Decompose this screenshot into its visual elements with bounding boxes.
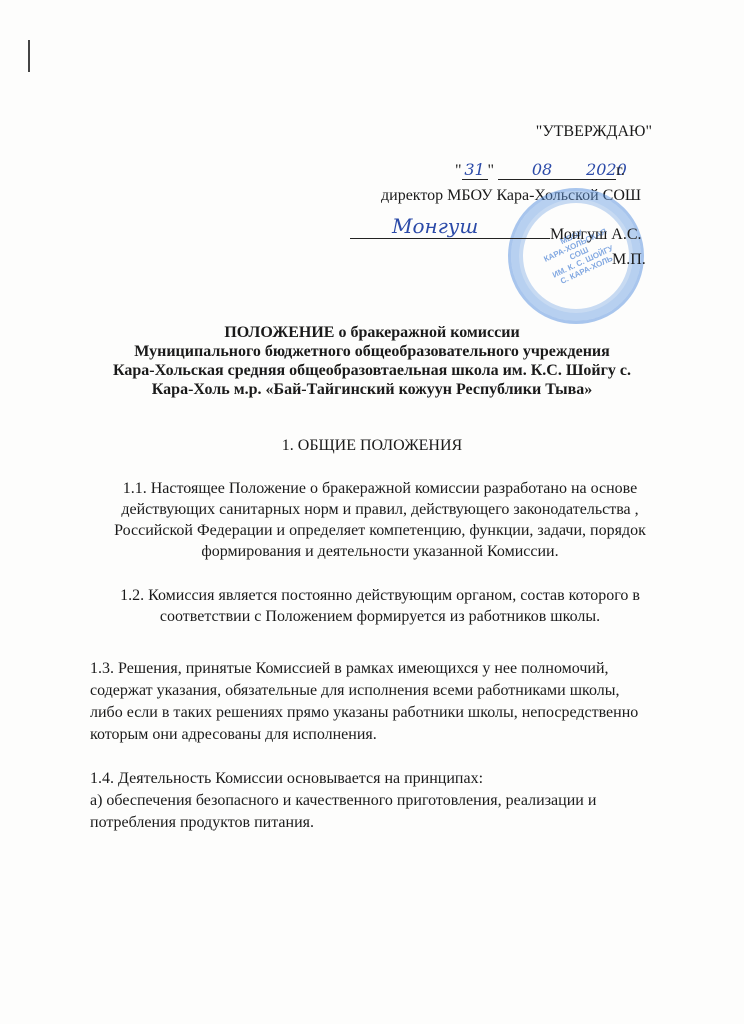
date-year: 2020 xyxy=(586,160,616,180)
seal-mark: М.П. xyxy=(612,251,646,269)
paragraph-1-1: 1.1. Настоящее Положение о бракеражной к… xyxy=(90,478,670,562)
paragraph-1-4: 1.4. Деятельность Комиссии основывается … xyxy=(90,768,670,834)
section-heading: 1. ОБЩИЕ ПОЛОЖЕНИЯ xyxy=(0,437,744,455)
approval-heading: "УТВЕРЖДАЮ" xyxy=(536,123,652,141)
approval-date: "31" 082020г. xyxy=(455,160,625,180)
paragraph-1-3: 1.3. Решения, принятые Комиссией в рамка… xyxy=(90,658,670,746)
document-title: ПОЛОЖЕНИЕ о бракеражной комиссии Муницип… xyxy=(0,323,744,399)
paragraph-1-2: 1.2. Комиссия является постоянно действу… xyxy=(90,585,670,627)
date-month: 08 xyxy=(498,160,586,180)
signature-line: Монгуш Монгуш А.С. xyxy=(350,218,642,244)
document-page: "УТВЕРЖДАЮ" "31" 082020г. директор МБОУ … xyxy=(0,0,744,1024)
scan-edge-mark xyxy=(28,40,30,72)
signatory-name: Монгуш А.С. xyxy=(550,226,642,243)
signature-underline: Монгуш xyxy=(350,218,550,239)
handwritten-signature: Монгуш xyxy=(392,214,478,238)
date-day: 31 xyxy=(462,160,488,180)
